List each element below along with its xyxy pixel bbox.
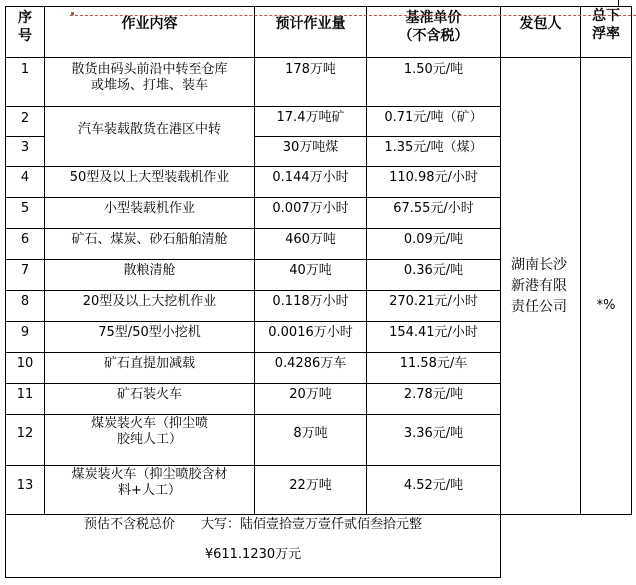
row-content: 小型装载机作业	[45, 198, 255, 229]
row-price: 270.21元/小时	[367, 291, 501, 322]
row-volume: 0.007万小时	[255, 198, 367, 229]
contractor-name: 湖南长沙新港有限责任公司	[511, 255, 569, 318]
row-volume: 0.0016万小时	[255, 322, 367, 353]
row-volume: 0.118万小时	[255, 291, 367, 322]
row-volume: 0.4286万车	[255, 353, 367, 384]
row-volume: 20万吨	[255, 384, 367, 415]
row-price: 2.78元/吨	[367, 384, 501, 415]
row-seq: 6	[6, 229, 45, 260]
row-seq: 13	[6, 466, 45, 515]
row-content: 矿石、煤炭、砂石船舶清舱	[45, 229, 255, 260]
header-discount-line1: 总下	[581, 7, 631, 25]
row-content: 煤炭装火车（抑尘喷胶含材料+人工）	[45, 466, 255, 515]
row-content: 汽车装载散货在港区中转	[45, 107, 255, 167]
row-volume: 22万吨	[255, 466, 367, 515]
row-seq: 7	[6, 260, 45, 291]
row-price: 154.41元/小时	[367, 322, 501, 353]
row-content: 矿石直提加减载	[45, 353, 255, 384]
row-content: 散货由码头前沿中转至仓库或堆场、打堆、装车	[45, 58, 255, 107]
row-content: 75型/50型小挖机	[45, 322, 255, 353]
total-label: 预估不含税总价 大写：陆佰壹拾壹万壹仟贰佰叁拾元整	[6, 515, 500, 535]
row-price: 110.98元/小时	[367, 167, 501, 198]
row-seq: 10	[6, 353, 45, 384]
discount-rate: *%	[597, 298, 616, 313]
table-row: 1 散货由码头前沿中转至仓库或堆场、打堆、装车 178万吨 1.50元/吨 湖南…	[6, 58, 632, 107]
revision-marker-line	[70, 15, 636, 16]
row-seq: 11	[6, 384, 45, 415]
row-content: 散粮清舱	[45, 260, 255, 291]
row-content: 50型及以上大型装载机作业	[45, 167, 255, 198]
total-row: 预估不含税总价 大写：陆佰壹拾壹万壹仟贰佰叁拾元整 ¥611.1230万元	[6, 515, 632, 578]
total-amount: ¥611.1230万元	[6, 545, 500, 565]
row-price: 4.52元/吨	[367, 466, 501, 515]
row-volume: 17.4万吨矿	[255, 107, 367, 137]
row-price: 3.36元/吨	[367, 415, 501, 466]
row-content: 煤炭装火车（抑尘喷胶纯人工）	[45, 415, 255, 466]
header-price-line1: 基准单价	[367, 9, 500, 27]
row-price: 0.09元/吨	[367, 229, 501, 260]
row-price: 67.55元/小时	[367, 198, 501, 229]
revision-marker-icon	[71, 12, 74, 15]
row-price: 11.58元/车	[367, 353, 501, 384]
row-content: 20型及以上大挖机作业	[45, 291, 255, 322]
row-seq: 4	[6, 167, 45, 198]
header-seq: 序号	[6, 7, 45, 58]
row-volume: 40万吨	[255, 260, 367, 291]
row-seq: 1	[6, 58, 45, 107]
row-volume: 460万吨	[255, 229, 367, 260]
row-price: 1.50元/吨	[367, 58, 501, 107]
row-content: 矿石装火车	[45, 384, 255, 415]
row-volume: 30万吨煤	[255, 137, 367, 167]
row-volume: 8万吨	[255, 415, 367, 466]
row-volume: 0.144万小时	[255, 167, 367, 198]
price-table: 序号 作业内容 预计作业量 基准单价 （不含税） 发包人 总下 浮率 1 散货由…	[5, 6, 632, 578]
row-seq: 3	[6, 137, 45, 167]
contractor-cell: 湖南长沙新港有限责任公司	[501, 58, 581, 515]
row-seq: 8	[6, 291, 45, 322]
row-seq: 12	[6, 415, 45, 466]
row-volume: 178万吨	[255, 58, 367, 107]
total-cell: 预估不含税总价 大写：陆佰壹拾壹万壹仟贰佰叁拾元整 ¥611.1230万元	[6, 515, 501, 578]
discount-cell: *%	[581, 58, 632, 515]
row-seq: 9	[6, 322, 45, 353]
row-seq: 5	[6, 198, 45, 229]
row-seq: 2	[6, 107, 45, 137]
header-price-line2: （不含税）	[367, 27, 500, 45]
row-price: 0.36元/吨	[367, 260, 501, 291]
header-discount-line2: 浮率	[581, 25, 631, 43]
row-price: 0.71元/吨（矿）	[367, 107, 501, 137]
row-price: 1.35元/吨（煤）	[367, 137, 501, 167]
